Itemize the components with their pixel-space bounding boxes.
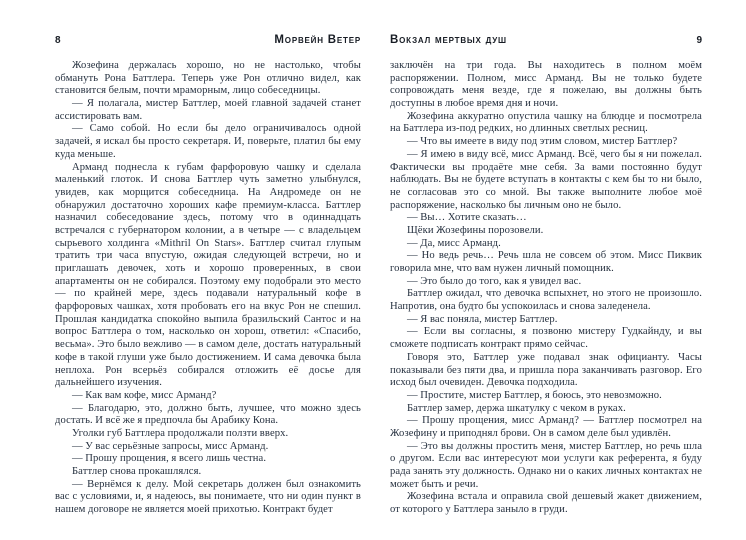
page-number-right: 9 <box>696 35 702 46</box>
paragraph: — Я вас поняла, мистер Баттлер. <box>390 314 702 327</box>
running-head-right: Вокзал мертвых душ 9 <box>390 34 702 47</box>
paragraph: — Да, мисс Арманд. <box>390 238 702 251</box>
paragraph: — Прошу прощения, я всего лишь честна. <box>55 453 361 466</box>
paragraph: — Это было до того, как я увидел вас. <box>390 276 702 289</box>
paragraph: — Благодарю, это, должно быть, лучшее, ч… <box>55 403 361 428</box>
paragraph: Арманд поднесла к губам фарфоровую чашку… <box>55 162 361 390</box>
paragraph: — Как вам кофе, мисс Арманд? <box>55 390 361 403</box>
paragraph: Баттлер замер, держа шкатулку с чеком в … <box>390 403 702 416</box>
paragraph: Баттлер ожидал, что девочка вспыхнет, но… <box>390 288 702 313</box>
paragraph: — Простите, мистер Баттлер, я боюсь, это… <box>390 390 702 403</box>
paragraph: — Я имею в виду всё, мисс Арманд. Всё, ч… <box>390 149 702 212</box>
paragraph: — У вас серьёзные запросы, мисс Арманд. <box>55 441 361 454</box>
paragraph: — Это вы должны простить меня, мистер Ба… <box>390 441 702 492</box>
paragraph: Баттлер снова прокашлялся. <box>55 466 361 479</box>
paragraph: — Прошу прощения, мисс Арманд? — Баттлер… <box>390 415 702 440</box>
paragraph: Жозефина аккуратно опустила чашку на блю… <box>390 111 702 136</box>
paragraph: — Но ведь речь… Речь шла не совсем об эт… <box>390 250 702 275</box>
paragraph: — Если вы согласны, я позвоню мистеру Гу… <box>390 326 702 351</box>
paragraph: — Что вы имеете в виду под этим словом, … <box>390 136 702 149</box>
running-title-author: Морвейн Ветер <box>274 34 361 47</box>
paragraph: Говоря это, Баттлер уже подавал знак офи… <box>390 352 702 390</box>
paragraph: Жозефина встала и оправила свой дешевый … <box>390 491 702 516</box>
page-body-left: Жозефина держалась хорошо, но не настоль… <box>55 60 361 517</box>
page-left: 8 Морвейн Ветер Жозефина держалась хорош… <box>0 0 373 540</box>
page-right: Вокзал мертвых душ 9 заключён на три год… <box>373 0 746 540</box>
paragraph: заключён на три года. Вы находитесь в по… <box>390 60 702 111</box>
book-spread: 8 Морвейн Ветер Жозефина держалась хорош… <box>0 0 746 540</box>
running-title-book: Вокзал мертвых душ <box>390 34 507 47</box>
paragraph: — Вернёмся к делу. Мой секретарь должен … <box>55 479 361 517</box>
running-head-left: 8 Морвейн Ветер <box>55 34 361 47</box>
paragraph: — Само собой. Но если бы дело ограничива… <box>55 123 361 161</box>
paragraph: Жозефина держалась хорошо, но не настоль… <box>55 60 361 98</box>
page-number-left: 8 <box>55 35 61 46</box>
page-body-right: заключён на три года. Вы находитесь в по… <box>390 60 702 517</box>
paragraph: — Я полагала, мистер Баттлер, моей главн… <box>55 98 361 123</box>
paragraph: Уголки губ Баттлера продолжали ползти вв… <box>55 428 361 441</box>
paragraph: — Вы… Хотите сказать… <box>390 212 702 225</box>
paragraph: Щёки Жозефины порозовели. <box>390 225 702 238</box>
